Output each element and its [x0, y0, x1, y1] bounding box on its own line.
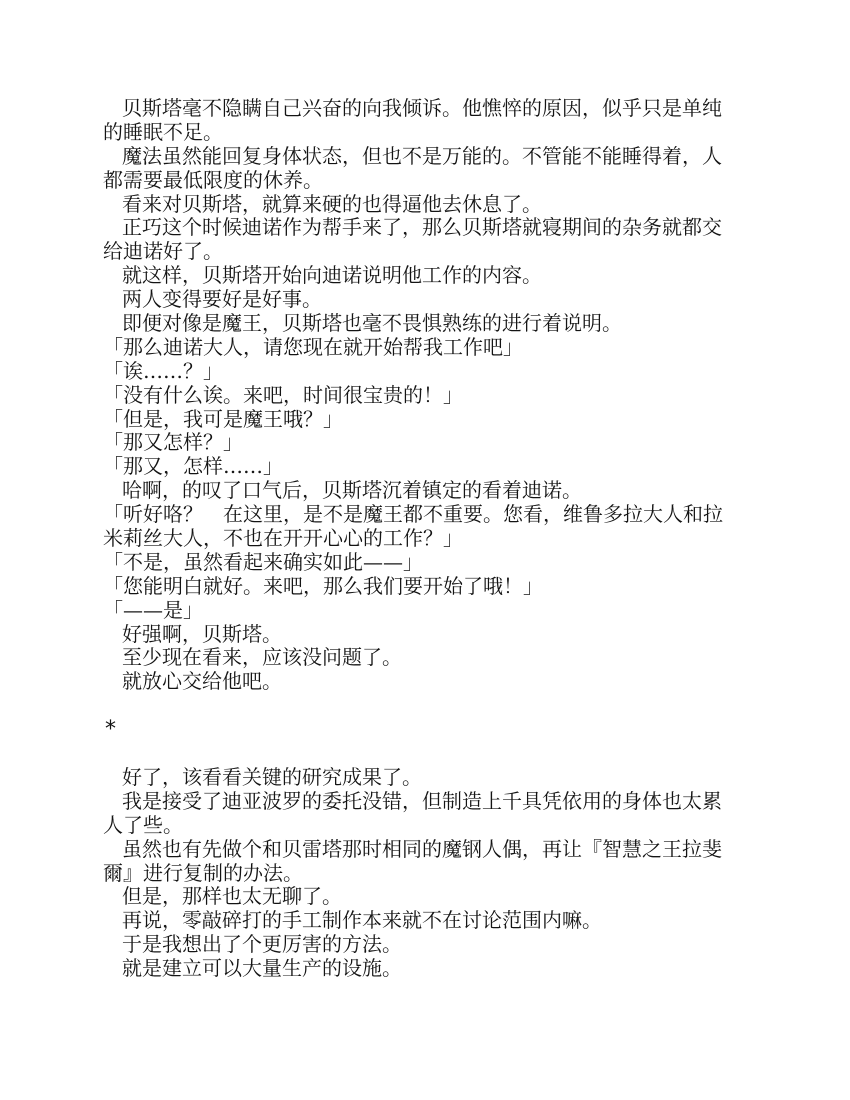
- paragraph-line: 爾』进行复制的办法。: [103, 862, 748, 886]
- paragraph-line: 但是，那样也太无聊了。: [103, 885, 748, 909]
- paragraph-line: 即便对像是魔王，贝斯塔也毫不畏惧熟练的进行着说明。: [103, 312, 748, 336]
- dialogue-line: 「但是，我可是魔王哦？」: [103, 408, 748, 432]
- paragraph-line: 好强啊，贝斯塔。: [103, 623, 748, 647]
- paragraph-line: 两人变得要好是好事。: [103, 288, 748, 312]
- paragraph-line: 就是建立可以大量生产的设施。: [103, 957, 748, 981]
- blank-line: [103, 694, 748, 718]
- dialogue-line: 「没有什么诶。来吧，时间很宝贵的！」: [103, 384, 748, 408]
- paragraph-line: 人了些。: [103, 814, 748, 838]
- scene-break-asterisk: *: [103, 718, 748, 742]
- document-page: 贝斯塔毫不隐瞒自己兴奋的向我倾诉。他憔悴的原因，似乎只是单纯 的睡眠不足。 魔法…: [103, 97, 748, 981]
- paragraph-line: 哈啊，的叹了口气后，贝斯塔沉着镇定的看着迪诺。: [103, 479, 748, 503]
- paragraph-line: 就这样，贝斯塔开始向迪诺说明他工作的内容。: [103, 264, 748, 288]
- paragraph-line: 于是我想出了个更厉害的方法。: [103, 933, 748, 957]
- paragraph-line: 正巧这个时候迪诺作为帮手来了，那么贝斯塔就寝期间的杂务就都交: [103, 216, 748, 240]
- blank-line: [103, 742, 748, 766]
- dialogue-line: 「不是，虽然看起来确实如此——」: [103, 551, 748, 575]
- paragraph-line: 都需要最低限度的休养。: [103, 169, 748, 193]
- paragraph-line: 好了，该看看关键的研究成果了。: [103, 766, 748, 790]
- paragraph-line: 再说，零敲碎打的手工制作本来就不在讨论范围内嘛。: [103, 909, 748, 933]
- paragraph-line: 魔法虽然能回复身体状态，但也不是万能的。不管能不能睡得着，人: [103, 145, 748, 169]
- paragraph-line: 的睡眠不足。: [103, 121, 748, 145]
- dialogue-line: 「那又怎样？」: [103, 431, 748, 455]
- paragraph-line: 贝斯塔毫不隐瞒自己兴奋的向我倾诉。他憔悴的原因，似乎只是单纯: [103, 97, 748, 121]
- dialogue-line: 「听好咯？ 在这里，是不是魔王都不重要。您看，维鲁多拉大人和拉: [103, 503, 748, 527]
- paragraph-line: 给迪诺好了。: [103, 240, 748, 264]
- dialogue-line: 「——是」: [103, 599, 748, 623]
- paragraph-line: 就放心交给他吧。: [103, 670, 748, 694]
- dialogue-line: 「那么迪诺大人，请您现在就开始帮我工作吧」: [103, 336, 748, 360]
- dialogue-line: 「您能明白就好。来吧，那么我们要开始了哦！」: [103, 575, 748, 599]
- dialogue-line: 「诶……？」: [103, 360, 748, 384]
- dialogue-line: 米莉丝大人，不也在开开心心的工作？」: [103, 527, 748, 551]
- paragraph-line: 至少现在看来，应该没问题了。: [103, 646, 748, 670]
- paragraph-line: 我是接受了迪亚波罗的委托没错，但制造上千具凭依用的身体也太累: [103, 790, 748, 814]
- paragraph-line: 看来对贝斯塔，就算来硬的也得逼他去休息了。: [103, 193, 748, 217]
- paragraph-line: 虽然也有先做个和贝雷塔那时相同的魔钢人偶，再让『智慧之王拉斐: [103, 838, 748, 862]
- dialogue-line: 「那又，怎样……」: [103, 455, 748, 479]
